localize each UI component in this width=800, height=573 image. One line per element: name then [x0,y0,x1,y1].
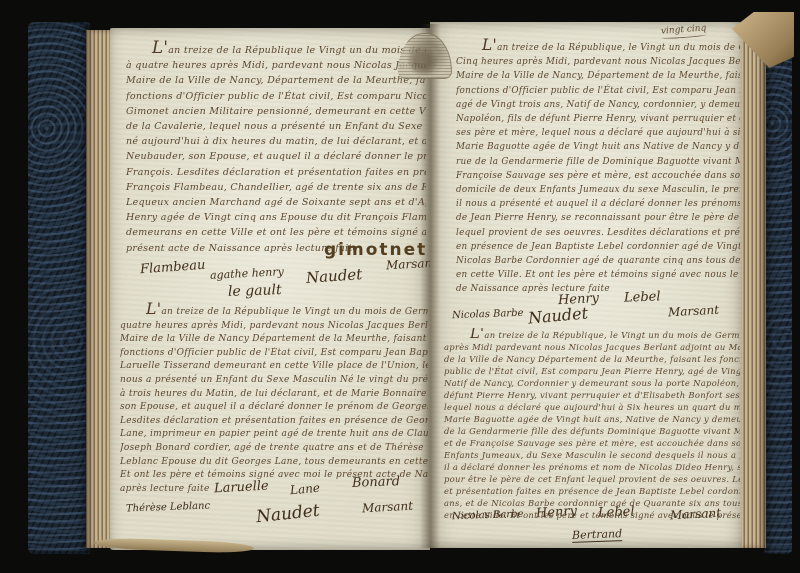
manuscript-line: agé de Vingt trois ans, Natif de Nancy, … [456,98,740,112]
manuscript-line: nous a présenté un Enfant du Sexe Mascul… [120,374,428,388]
manuscript-line: de la Gendarmerie fille des défunts Domi… [444,425,740,437]
manuscript-line: défunt Pierre Henry, vivant perruquier e… [444,389,740,401]
manuscript-text-block: L'an treize de la République le Vingt un… [120,302,428,496]
book-gutter [420,24,440,548]
manuscript-line: domicile de deux Enfants Jumeaux du sexe… [456,183,740,197]
book-cover-left [28,22,90,554]
manuscript-text-block: L'an treize de la République le Vingt un… [126,40,426,256]
manuscript-line: François Flambeau, Chandellier, agé de t… [126,180,426,195]
signature: Naudet [305,265,362,287]
manuscript-line: Maire de la Ville de Nancy, Département … [126,73,426,88]
page-edges-left [86,30,112,548]
manuscript-line: de Jean Pierre Henry, se reconnaissant p… [456,211,740,225]
manuscript-line: Napoléon, fils de défunt Pierre Henry, v… [456,112,740,126]
manuscript-line: L'an treize de la République, le Vingt u… [444,328,740,341]
manuscript-line: il nous a présenté et auquel il a déclar… [456,197,740,211]
manuscript-line: Leblanc Epouse du dit Georges Lane, tous… [120,456,428,470]
signature: Nicolas Barbe [452,509,524,522]
birth-act-georges-laruelle: L'an treize de la République le Vingt un… [120,302,428,496]
manuscript-line: lequel provient de ses oeuvres. Lesdites… [456,226,740,240]
signature: Naudet [255,501,320,528]
manuscript-line: fonctions d'Officier public de l'État ci… [120,347,428,361]
manuscript-line: Maire de la Ville de Nancy Département d… [120,333,428,347]
birth-act-jean-pierre-henry: L'an treize de la République, le Vingt u… [456,38,740,297]
manuscript-line: Laruelle Tisserand demeurant en cette Vi… [120,360,428,374]
manuscript-line: Henry agée de Vingt cinq ans Epouse du d… [126,210,426,225]
manuscript-line: fonctions d'Officier public de l'État ci… [126,89,426,104]
signature: Marsant [362,499,414,516]
manuscript-text-block: L'an treize de la République, le Vingt u… [456,38,740,297]
signature: Bonard [352,474,401,491]
manuscript-line: né aujourd'hui à dix heures du matin, de… [126,134,426,149]
left-page: L'an treize de la République le Vingt un… [110,28,430,550]
manuscript-line: Maire de la Ville de Nancy, Département … [456,69,740,83]
manuscript-line: fonctions d'Officier public de l'État ci… [456,84,740,98]
manuscript-line: Nicolas Barbe Cordonnier agé de quarante… [456,254,740,268]
manuscript-line: après Midi pardevant nous Nicolas Jacque… [444,341,740,353]
manuscript-line: à quatre heures après Midi, pardevant no… [126,58,426,73]
manuscript-line: à trois heures du Matin, de lui déclaran… [120,388,428,402]
manuscript-text-block: L'an treize de la République, le Vingt u… [444,328,740,521]
signature: Flambeau [140,258,206,278]
photo-background: L'an treize de la République le Vingt un… [0,0,800,573]
manuscript-line: François. Lesdites déclaration et présen… [126,165,426,180]
manuscript-line: en cette Ville. Et ont les père et témoi… [456,268,740,282]
signature: agathe henry [210,265,284,282]
manuscript-line: Cinq heures après Midi, pardevant nous N… [456,55,740,69]
manuscript-line: L'an treize de la République, le Vingt u… [456,38,740,55]
manuscript-line: Françoise Sauvage ses père et mère, est … [456,169,740,183]
manuscript-line: quatre heures après Midi, pardevant nous… [120,320,428,334]
manuscript-line: lequel nous a déclaré que aujourd'hui à … [444,401,740,413]
manuscript-line: Lane, imprimeur en papier peint agé de t… [120,428,428,442]
book-cover-right [764,16,792,554]
signature: Lebel [598,504,635,520]
manuscript-line: pour être le père de cet Enfant lequel p… [444,473,740,485]
birth-act-francois-gimonet: L'an treize de la République le Vingt un… [126,40,426,256]
manuscript-line: Neubauder, son Epouse, et auquel il a dé… [126,149,426,164]
right-page: vingt cinq L'an treize de la République,… [430,22,742,548]
signature: Thérèse Leblanc [126,501,210,515]
signature: Lebel [624,289,661,305]
page-edges-right [740,24,766,548]
signature: Marsant [668,303,720,320]
manuscript-line: Lequeux ancien Marchand agé de Soixante … [126,195,426,210]
manuscript-line: L'an treize de la République le Vingt un… [120,302,428,320]
signature: Henry [536,504,578,522]
signature: Naudet [527,303,588,327]
signature: Nicolas Barbe [452,308,524,321]
manuscript-line: L'an treize de la République le Vingt un… [126,40,426,58]
manuscript-line: son Epouse, et auquel il a déclaré donne… [120,401,428,415]
manuscript-line: Enfants Jumeaux, du Sexe Masculin le sec… [444,449,740,461]
signature-row-laruelle-act: LaruelleLaneBonardThérèse LeblancNaudetM… [110,470,430,550]
manuscript-line: de la Cavalerie, lequel nous a présenté … [126,119,426,134]
manuscript-line: Marie Baguotte agée de Vingt huit ans Na… [456,140,740,154]
manuscript-line: Lesdites déclaration et présentation fai… [120,415,428,429]
manuscript-line: en présence de Jean Baptiste Lebel cordo… [456,240,740,254]
manuscript-line: Natif de Nancy, Cordonnier y demeurant s… [444,377,740,389]
signature: Bertrand [572,527,623,543]
signature: Lane [289,481,320,498]
manuscript-line: ses père et mère, lequel nous a déclaré … [456,126,740,140]
manuscript-line: il a déclaré donner les prénoms et nom d… [444,461,740,473]
signature: Marsant [670,506,722,523]
signature-row-henry-second-twin: Nicolas BarbeHenryLebelMarsantBertrand [430,500,742,564]
manuscript-line: rue de la Gendarmerie fille de Dominique… [456,155,740,169]
manuscript-line: public de l'État civil, Est comparu Jean… [444,365,740,377]
manuscript-line: et présentation faites en présence de Je… [444,485,740,497]
manuscript-line: de la Ville de Nancy Département de la M… [444,353,740,365]
birth-act-nicolas-dideo-henry: L'an treize de la République, le Vingt u… [444,328,740,521]
signature: le gault [228,282,282,300]
manuscript-line: et de Françoise Sauvage ses père et mère… [444,437,740,449]
manuscript-line: demeurans en cette Ville et ont les père… [126,225,426,240]
signature: Laruelle [214,479,269,497]
manuscript-line: Marie Baguotte agée de Vingt huit ans, N… [444,413,740,425]
manuscript-line: Joseph Bonard cordier, agé de trente qua… [120,442,428,456]
manuscript-line: Gimonet ancien Militaire pensionné, deme… [126,104,426,119]
signature-row-gimonet-act: Flambeauagathe henryle gaultgimotnetNaud… [110,240,430,306]
